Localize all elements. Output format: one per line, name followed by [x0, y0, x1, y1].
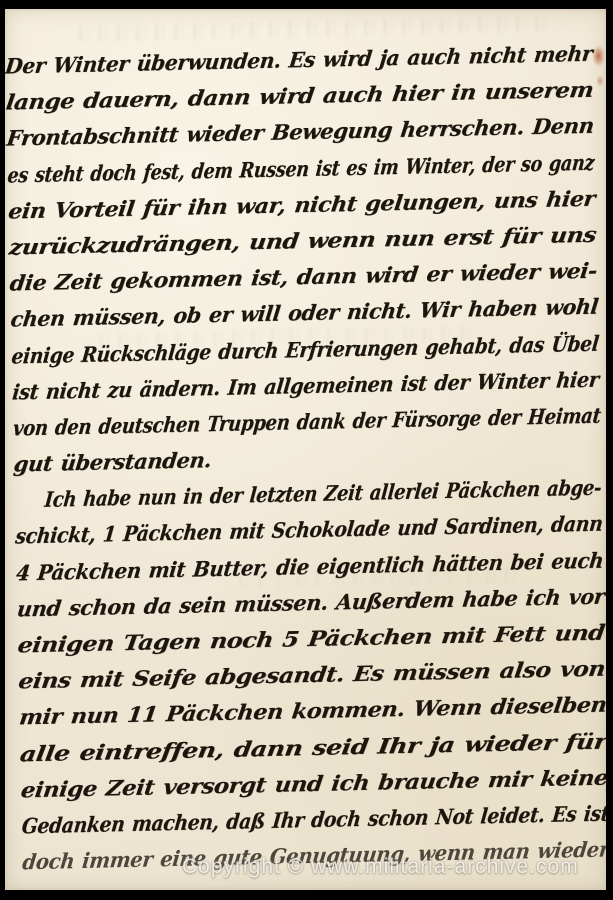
handwriting-text: gut überstanden.: [12, 447, 212, 476]
ink-bleed-ghost: [75, 16, 545, 42]
copyright-watermark: Copyright © www.militaria-archive.com: [182, 855, 579, 879]
scanned-letter-image: Der Winter überwunden. Es wird ja auch n…: [0, 0, 613, 900]
handwritten-letter-body: Der Winter überwunden. Es wird ja auch n…: [5, 41, 606, 886]
letter-page: Der Winter überwunden. Es wird ja auch n…: [5, 9, 606, 890]
rust-stain: [592, 45, 605, 67]
handwriting-text: Der Winter überwunden. Es wird ja auch n…: [5, 41, 594, 79]
rust-stain: [596, 75, 604, 87]
